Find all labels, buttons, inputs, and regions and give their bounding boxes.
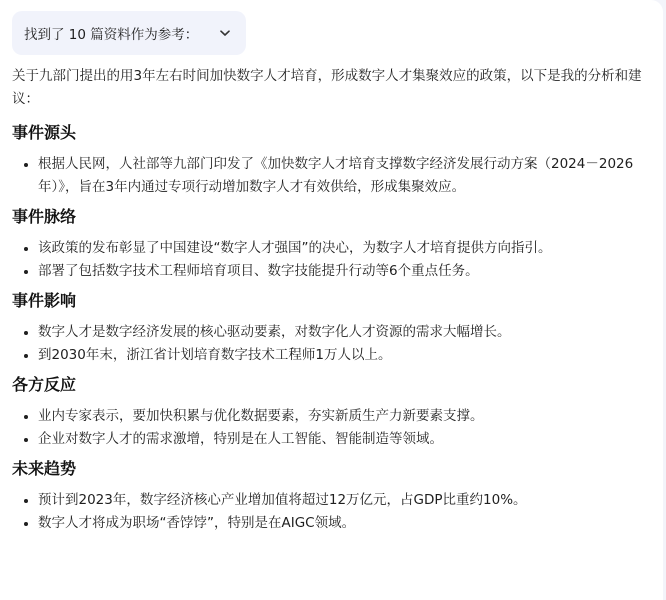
answer-card: 找到了 10 篇资料作为参考： 关于九部门提出的用3年左右时间加快数字人才培育，… <box>0 0 663 588</box>
references-label: 找到了 10 篇资料作为参考： <box>24 23 218 43</box>
intro-paragraph: 关于九部门提出的用3年左右时间加快数字人才培育，形成数字人才集聚效应的政策，以下… <box>12 65 652 111</box>
section-context: 事件脉络 该政策的发布彰显了中国建设“数字人才强国”的决心，为数字人才培育提供方… <box>12 205 652 283</box>
bullet-list: 该政策的发布彰显了中国建设“数字人才强国”的决心，为数字人才培育提供方向指引。 … <box>12 237 652 283</box>
bullet-list: 业内专家表示，要加快积累与优化数据要素，夯实新质生产力新要素支撑。 企业对数字人… <box>12 405 652 451</box>
list-item: 数字人才将成为职场“香饽饽”，特别是在AIGC领域。 <box>38 512 652 535</box>
list-item: 业内专家表示，要加快积累与优化数据要素，夯实新质生产力新要素支撑。 <box>38 405 652 428</box>
list-item: 该政策的发布彰显了中国建设“数字人才强国”的决心，为数字人才培育提供方向指引。 <box>38 237 652 260</box>
answer-content: 关于九部门提出的用3年左右时间加快数字人才培育，形成数字人才集聚效应的政策，以下… <box>12 65 652 541</box>
list-item: 预计到2023年，数字经济核心产业增加值将超过12万亿元，占GDP比重约10%。 <box>38 489 652 512</box>
references-toggle[interactable]: 找到了 10 篇资料作为参考： <box>12 11 246 55</box>
list-item: 数字人才是数字经济发展的核心驱动要素，对数字化人才资源的需求大幅增长。 <box>38 321 652 344</box>
bullet-list: 根据人民网，人社部等九部门印发了《加快数字人才培育支撑数字经济发展行动方案（20… <box>12 153 652 199</box>
section-impact: 事件影响 数字人才是数字经济发展的核心驱动要素，对数字化人才资源的需求大幅增长。… <box>12 289 652 367</box>
section-title: 事件影响 <box>12 289 652 313</box>
bullet-list: 数字人才是数字经济发展的核心驱动要素，对数字化人才资源的需求大幅增长。 到203… <box>12 321 652 367</box>
section-title: 各方反应 <box>12 373 652 397</box>
section-title: 事件源头 <box>12 121 652 145</box>
section-source: 事件源头 根据人民网，人社部等九部门印发了《加快数字人才培育支撑数字经济发展行动… <box>12 121 652 199</box>
bullet-list: 预计到2023年，数字经济核心产业增加值将超过12万亿元，占GDP比重约10%。… <box>12 489 652 535</box>
chevron-down-icon[interactable] <box>218 26 232 40</box>
section-reactions: 各方反应 业内专家表示，要加快积累与优化数据要素，夯实新质生产力新要素支撑。 企… <box>12 373 652 451</box>
section-title: 未来趋势 <box>12 457 652 481</box>
list-item: 部署了包括数字技术工程师培育项目、数字技能提升行动等6个重点任务。 <box>38 260 652 283</box>
list-item: 根据人民网，人社部等九部门印发了《加快数字人才培育支撑数字经济发展行动方案（20… <box>38 153 652 199</box>
section-title: 事件脉络 <box>12 205 652 229</box>
section-trends: 未来趋势 预计到2023年，数字经济核心产业增加值将超过12万亿元，占GDP比重… <box>12 457 652 535</box>
list-item: 到2030年末，浙江省计划培育数字技术工程师1万人以上。 <box>38 344 652 367</box>
list-item: 企业对数字人才的需求激增，特别是在人工智能、智能制造等领域。 <box>38 428 652 451</box>
